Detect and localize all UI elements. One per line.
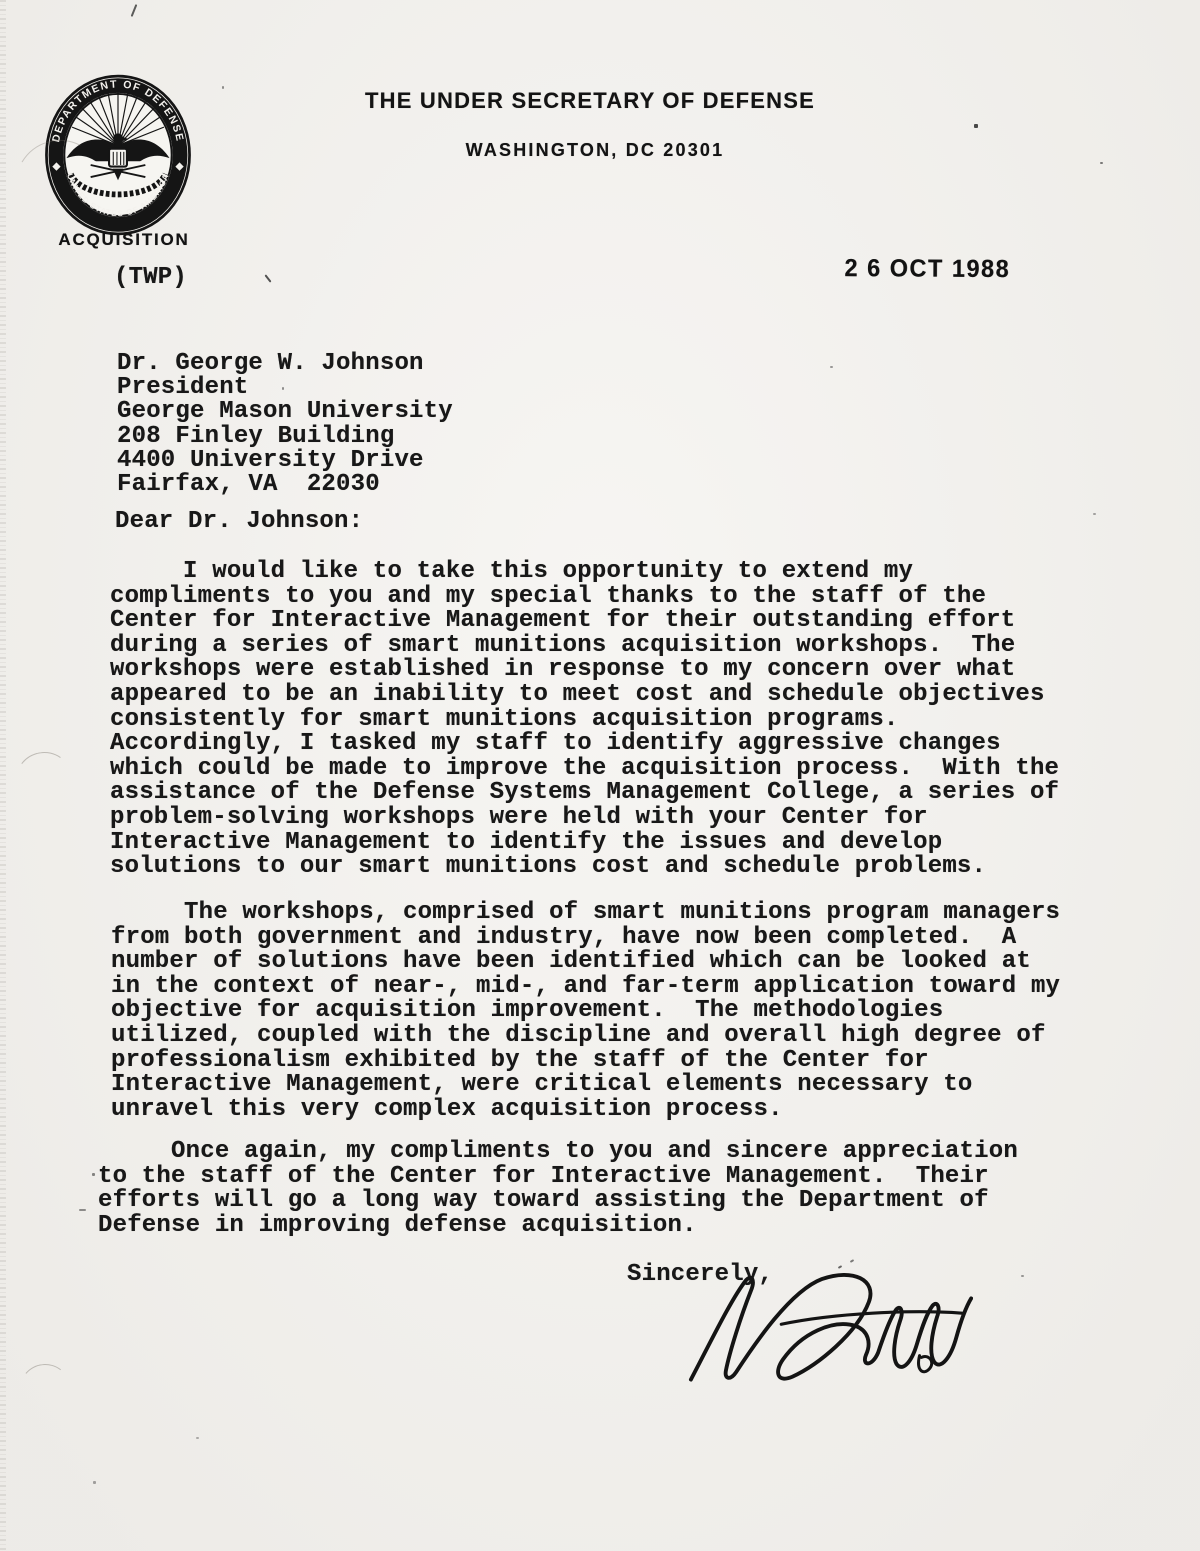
paper-speck: [850, 1259, 854, 1263]
paper-speck: [974, 124, 978, 128]
paper-speck: [92, 1173, 95, 1176]
signature-scrawl-icon: [678, 1264, 973, 1390]
body-paragraph-2: The workshops, comprised of smart muniti…: [111, 901, 1060, 1122]
office-code: (TWP): [114, 264, 187, 291]
paper-speck: [282, 387, 284, 390]
letterhead-title: THE UNDER SECRETARY OF DEFENSE: [0, 88, 1190, 114]
letterhead-location: WASHINGTON, DC 20301: [0, 140, 1195, 161]
paper-speck: [131, 4, 138, 17]
body-paragraph-3: Once again, my compliments to you and si…: [98, 1140, 1018, 1238]
seal-caption: ACQUISITION: [50, 230, 198, 250]
date-stamp: 2 6 OCT 1988: [844, 253, 1010, 283]
paper-speck: [1100, 162, 1103, 164]
recipient-address-block: Dr. George W. Johnson President George M…: [117, 352, 453, 497]
body-paragraph-1: I would like to take this opportunity to…: [110, 560, 1059, 880]
scanned-letter-page: DEPARTMENT OF DEFENSE UNITED STATES OF A…: [0, 0, 1200, 1551]
paper-speck: [1021, 1275, 1024, 1277]
paper-speck: [79, 1209, 86, 1211]
paper-speck: [264, 274, 271, 282]
paper-speck: [1093, 513, 1096, 515]
paper-speck: [196, 1437, 199, 1439]
hole-punch-mark: [12, 748, 76, 810]
hole-punch-mark: [18, 1362, 73, 1415]
salutation: Dear Dr. Johnson:: [115, 510, 363, 535]
paper-speck: [222, 86, 224, 89]
paper-speck: [830, 366, 833, 368]
paper-speck: [93, 1481, 96, 1484]
scanner-edge-noise: [0, 0, 6, 1551]
